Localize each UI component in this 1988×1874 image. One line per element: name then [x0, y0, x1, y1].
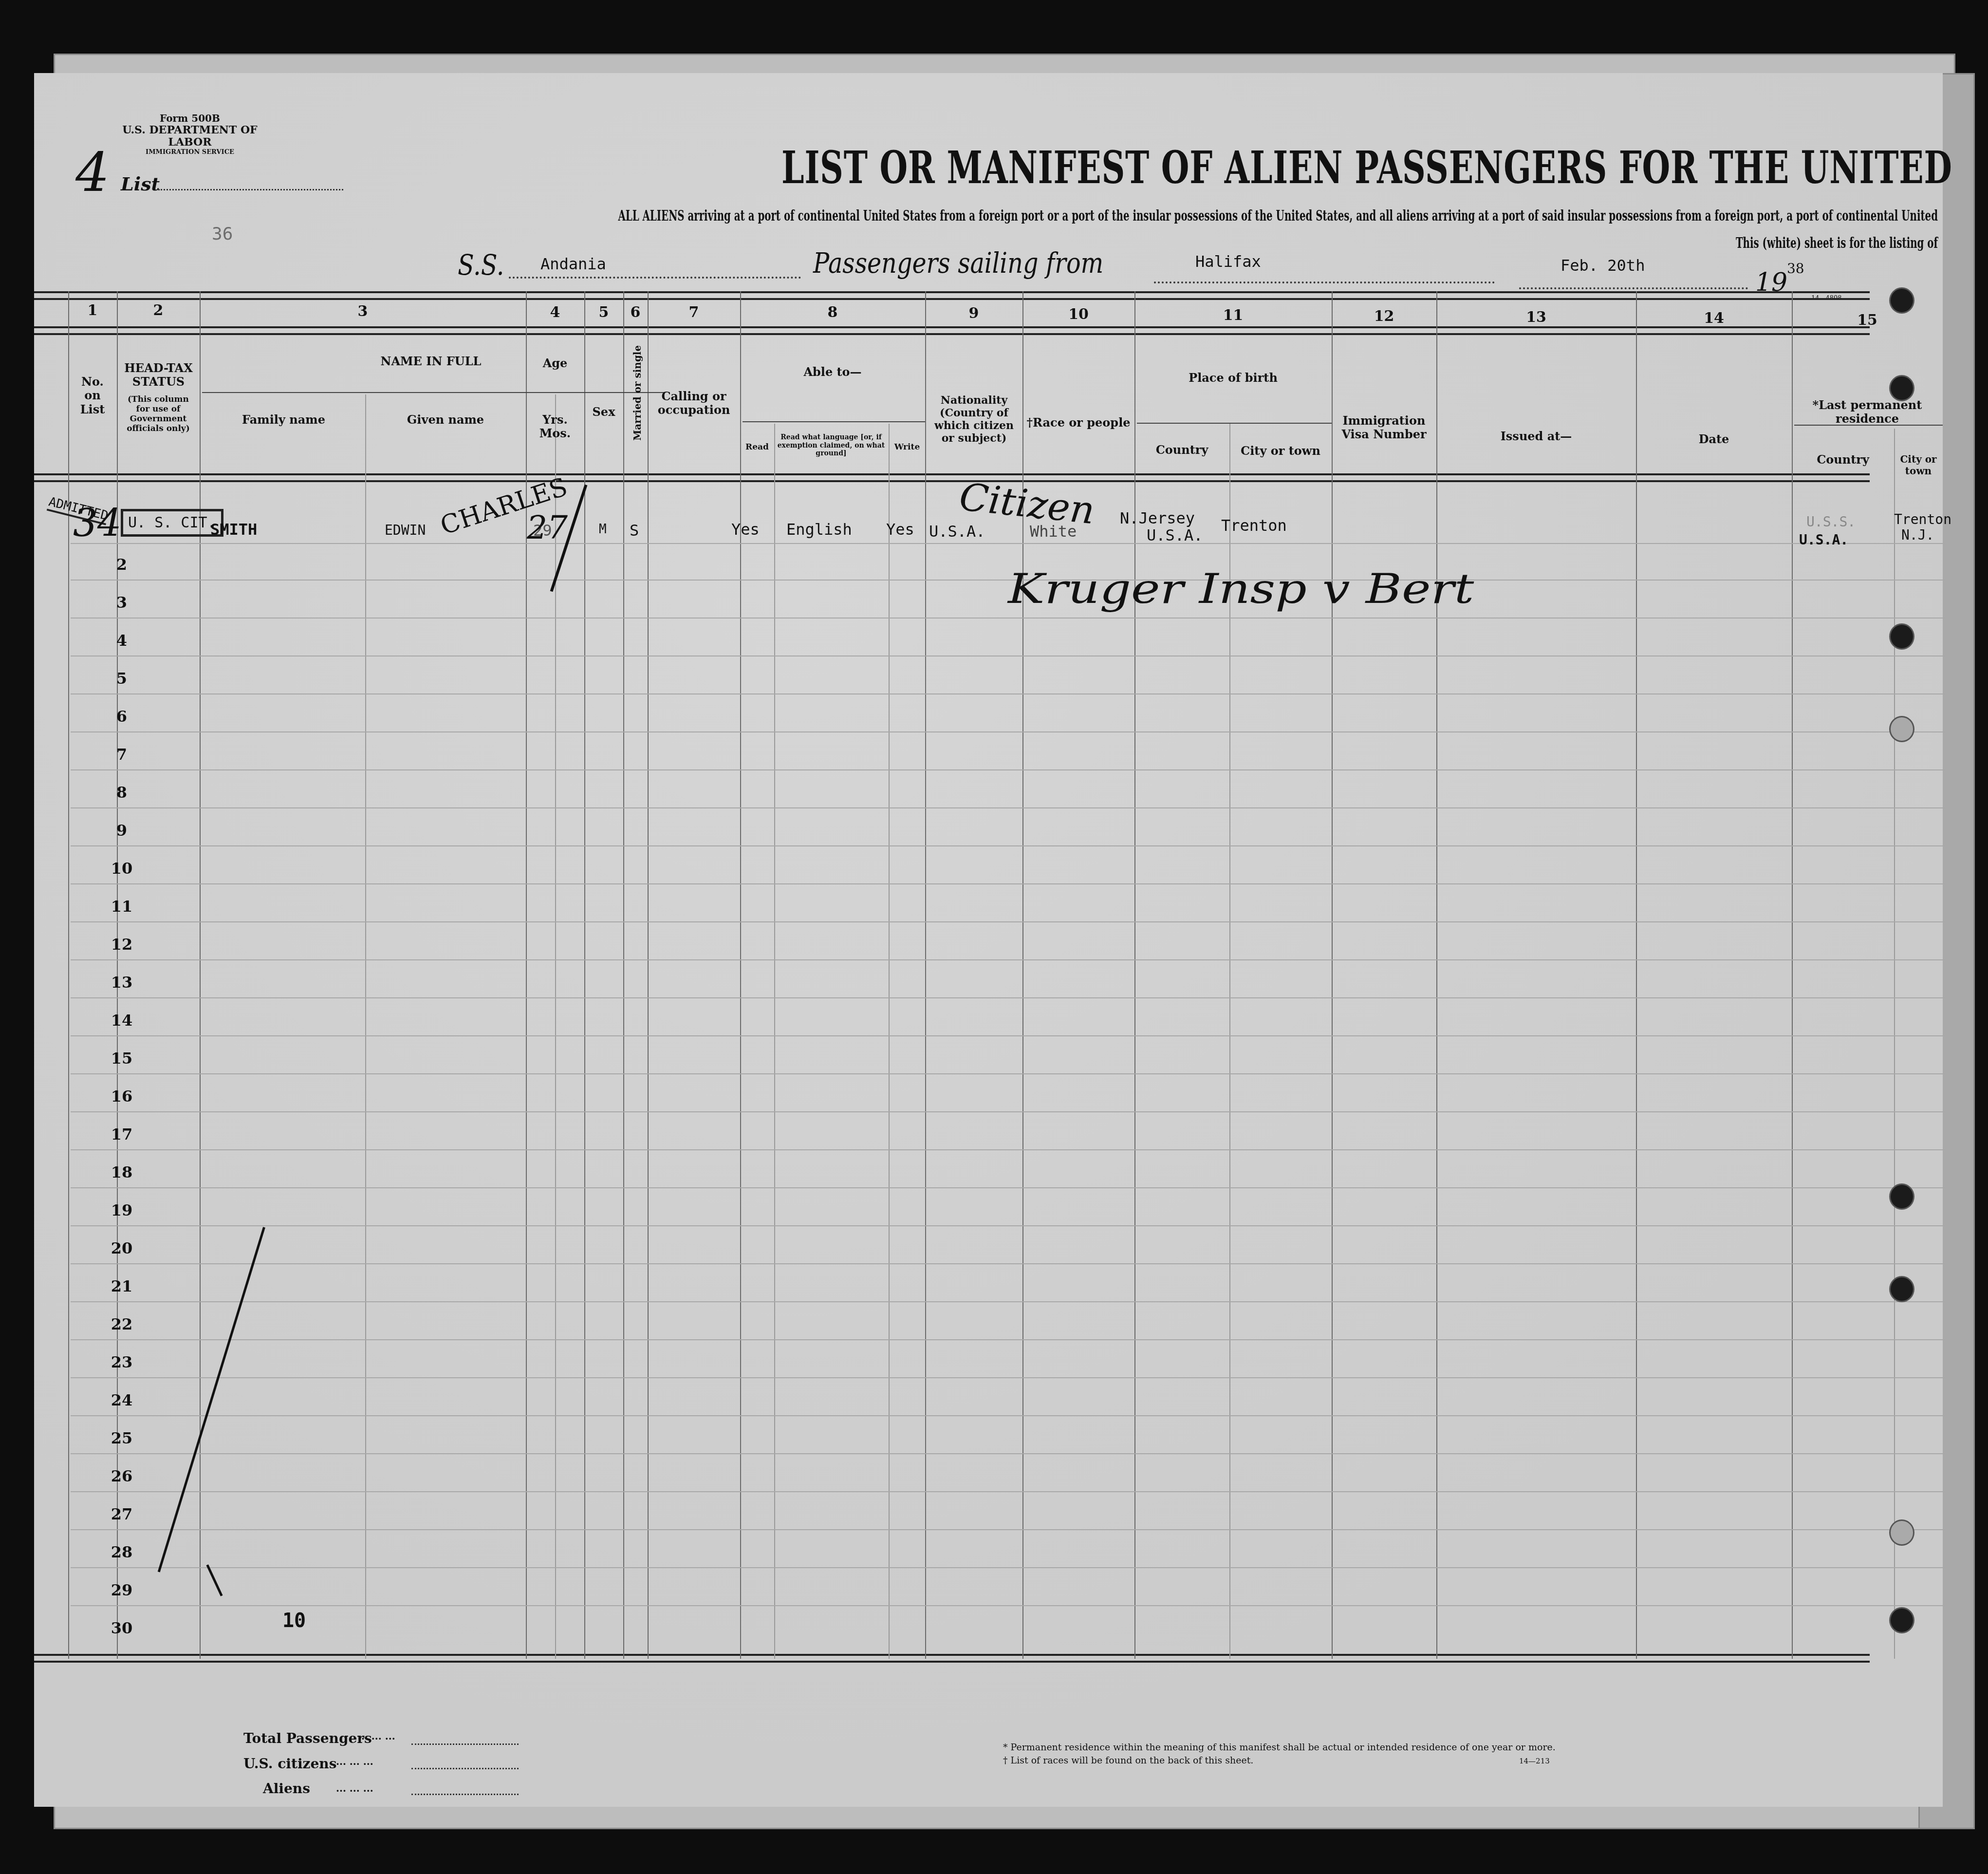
binder-hole: [1889, 375, 1914, 401]
row-number: 11: [93, 897, 151, 916]
col-divider: [1894, 429, 1895, 1659]
port-line: [1154, 281, 1495, 283]
read-language: English: [786, 520, 852, 539]
manifest-sheet: Form 500B U.S. DEPARTMENT OF LABOR IMMIG…: [34, 73, 1943, 1807]
header-family-name: Family name: [202, 413, 365, 427]
can-write: Yes: [886, 520, 914, 539]
birth-country-line2: U.S.A.: [1147, 526, 1203, 544]
header-date: Date: [1636, 432, 1792, 446]
form-number: Form 500B: [112, 113, 268, 124]
header-yrs-mos: Yrs. Mos.: [526, 413, 584, 441]
checkmark-tail: [206, 1564, 223, 1596]
colnum-10: 10: [1022, 306, 1134, 323]
departure-date: Feb. 20th: [1561, 256, 1645, 275]
row-number: 7: [93, 745, 151, 764]
sex: M: [599, 522, 607, 537]
colnum-14: 14: [1636, 310, 1792, 327]
aliens-leader: ... ... ...: [336, 1782, 373, 1794]
colnum-3: 3: [200, 303, 526, 320]
row-number: 26: [93, 1467, 151, 1485]
header-birth-city: City or town: [1229, 444, 1332, 458]
footnote-race-list: † List of races will be found on the bac…: [1003, 1755, 1253, 1766]
us-citizens-leader: ... ... ...: [336, 1756, 373, 1767]
binder-hole: [1889, 1519, 1914, 1546]
total-passengers-line: [411, 1743, 519, 1745]
department-name: U.S. DEPARTMENT OF LABOR: [112, 124, 268, 149]
instructions-line-2: This (white) sheet is for the listing of: [1736, 235, 1938, 252]
colnum-15: 15: [1792, 312, 1943, 329]
colnum-7: 7: [648, 304, 740, 321]
name-subrule: [202, 392, 665, 393]
footnote-permanent-residence: * Permanent residence within the meaning…: [1003, 1742, 1556, 1753]
res-country-struck: U.S.S.: [1806, 514, 1856, 530]
col-divider: [774, 424, 775, 1659]
ship-line: [509, 277, 801, 279]
header-no-on-list: No. on List: [73, 375, 112, 416]
marital-status: S: [630, 521, 639, 540]
row-number: 21: [93, 1277, 151, 1295]
binder-hole: [1889, 1276, 1914, 1302]
row-number: 17: [93, 1125, 151, 1143]
given-name: EDWIN: [385, 522, 426, 538]
colnum-2: 2: [117, 302, 200, 319]
binder-hole: [1889, 1607, 1914, 1633]
header-able-to: Able to—: [740, 365, 925, 379]
row-number: 30: [93, 1619, 151, 1637]
header-res-country: Country: [1792, 453, 1894, 467]
row-number: 6: [93, 707, 151, 726]
header-last-residence: *Last permanent residence: [1792, 398, 1943, 426]
header-calling: Calling or occupation: [652, 390, 735, 417]
can-read: Yes: [731, 520, 760, 539]
row-number: 15: [93, 1049, 151, 1068]
head-tax-status-stamp: U. S. CIT.: [121, 509, 223, 537]
row-number: 27: [93, 1505, 151, 1523]
row-number: 10: [93, 859, 151, 878]
header-given-name: Given name: [365, 413, 526, 427]
colnum-12: 12: [1332, 308, 1436, 325]
family-name: SMITH: [210, 520, 257, 539]
header-head-tax-note: (This column for use of Government offic…: [122, 394, 195, 433]
header-head-tax-status: HEAD-TAX STATUS: [121, 361, 196, 389]
age-handwritten: 27: [527, 509, 568, 546]
binder-hole: [1889, 716, 1914, 742]
header-birth-country: Country: [1134, 443, 1229, 457]
year-suffix: 38: [1787, 261, 1804, 277]
nationality: U.S.A.: [929, 522, 985, 541]
column-number-rule: [34, 326, 1870, 335]
res-country: U.S.A.: [1799, 532, 1848, 548]
row-number: 22: [93, 1315, 151, 1333]
row-number: 5: [93, 669, 151, 688]
footnote-form-code: 14—213: [1519, 1757, 1550, 1765]
row-number: 4: [93, 631, 151, 650]
list-number-line: [158, 189, 343, 190]
header-name-in-full: NAME IN FULL: [200, 355, 662, 368]
handwritten-list-number: 34: [73, 502, 121, 545]
diagonal-checkmark: [158, 1227, 265, 1572]
row-number: 18: [93, 1163, 151, 1181]
row-number: 9: [93, 821, 151, 840]
col-divider: [68, 291, 69, 1659]
row-number: 19: [93, 1201, 151, 1219]
header-nationality: Nationality (Country of which citizen or…: [929, 394, 1019, 445]
total-passengers-leader: ... ... ...: [358, 1730, 395, 1742]
birth-subrule: [1137, 423, 1332, 424]
colnum-11: 11: [1134, 307, 1332, 324]
inspector-signature: Kruger Insp v Bert: [1008, 565, 1474, 613]
form-header: Form 500B U.S. DEPARTMENT OF LABOR IMMIG…: [112, 113, 268, 156]
faint-stamp: 36: [212, 224, 233, 244]
aliens-line: [411, 1794, 519, 1795]
us-citizens-label: U.S. citizens: [243, 1756, 336, 1772]
row-number: 12: [93, 935, 151, 954]
sailing-from-label: Passengers sailing from: [813, 246, 1103, 280]
res-city-line2: N.J.: [1901, 527, 1934, 543]
binder-hole: [1889, 287, 1914, 314]
row-number: 14: [93, 1011, 151, 1030]
row-number: 25: [93, 1429, 151, 1447]
binder-hole: [1889, 623, 1914, 650]
header-read-language: Read what language [or, if exemption cla…: [775, 433, 887, 458]
binder-hole: [1889, 1183, 1914, 1210]
header-read: Read: [741, 442, 773, 452]
colnum-9: 9: [925, 305, 1022, 322]
row-number: 24: [93, 1391, 151, 1409]
list-number-handwritten: 4: [75, 141, 110, 204]
row-number: 16: [93, 1087, 151, 1106]
colnum-1: 1: [68, 302, 117, 319]
row-number: 13: [93, 973, 151, 992]
row-number: 2: [93, 555, 151, 574]
row-number: 20: [93, 1239, 151, 1257]
header-age: Age: [526, 356, 584, 370]
handwritten-count: 10: [282, 1610, 306, 1632]
res-city-line1: Trenton: [1894, 511, 1951, 527]
header-race: †Race or people: [1022, 416, 1134, 430]
ss-label: S.S.: [458, 248, 504, 281]
header-bottom-rule: [34, 473, 1870, 482]
header-issued-at: Issued at—: [1436, 430, 1636, 443]
row-number: 3: [93, 593, 151, 612]
aliens-label: Aliens: [263, 1780, 310, 1797]
colnum-8: 8: [740, 304, 925, 321]
row-number: 23: [93, 1353, 151, 1371]
header-visa-number: Immigration Visa Number: [1337, 414, 1431, 442]
instructions-line-1: ALL ALIENS arriving at a port of contine…: [618, 207, 1938, 225]
header-sex: Sex: [584, 405, 623, 419]
table-bottom-rule: [34, 1654, 1870, 1663]
service-name: IMMIGRATION SERVICE: [112, 149, 268, 156]
birth-city: Trenton: [1221, 516, 1287, 535]
header-write: Write: [890, 442, 925, 452]
header-res-city: City or town: [1894, 454, 1943, 477]
colnum-4: 4: [526, 304, 584, 321]
row-number: 8: [93, 783, 151, 802]
colnum-13: 13: [1436, 309, 1636, 326]
col-divider: [889, 424, 890, 1659]
departure-port: Halifax: [1195, 252, 1261, 271]
birth-country-line1: N.Jersey: [1120, 509, 1195, 527]
able-subrule: [743, 421, 925, 422]
header-place-of-birth: Place of birth: [1134, 371, 1332, 385]
ship-name: Andania: [540, 255, 606, 273]
list-label: List: [121, 173, 160, 195]
row-number: 29: [93, 1581, 151, 1599]
colnum-5: 5: [584, 304, 623, 321]
colnum-6: 6: [623, 304, 648, 321]
row-number: 28: [93, 1543, 151, 1561]
race: White: [1030, 522, 1077, 541]
table-top-rule: [34, 291, 1870, 300]
col-divider: [365, 394, 366, 1659]
total-passengers-label: Total Passengers: [243, 1730, 372, 1746]
manifest-title: LIST OR MANIFEST OF ALIEN PASSENGERS FOR…: [781, 141, 1952, 194]
date-line: [1519, 287, 1748, 289]
us-citizens-line: [411, 1768, 519, 1769]
header-married-single: Married or single: [632, 344, 644, 442]
